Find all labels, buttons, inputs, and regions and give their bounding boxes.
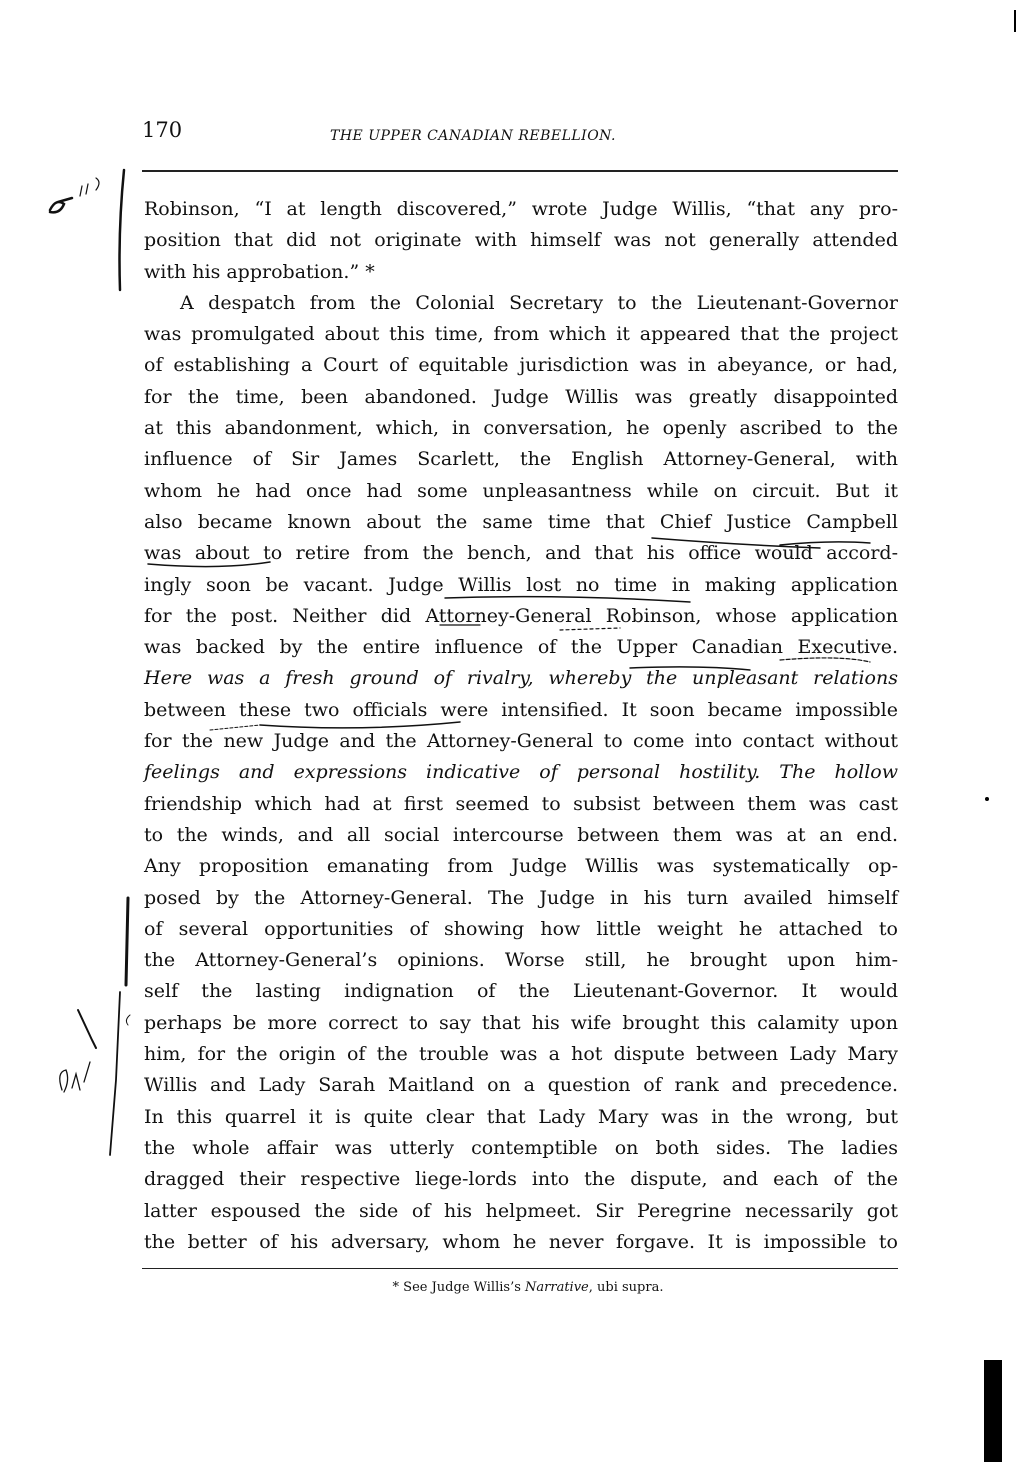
text-line: whom he had once had some unpleasantness… [144,476,898,507]
text-line: posed by the Attorney-General. The Judge… [144,883,898,914]
text-line: self the lasting indignation of the Lieu… [144,976,898,1007]
footnote: * See Judge Willis’s Narrative, ubi supr… [0,1280,1016,1295]
scan-edge-mark [984,1360,1002,1462]
text-line: also became known about the same time th… [144,507,898,538]
text-line: at this abandonment, which, in conversat… [144,413,898,444]
text-line: friendship which had at first seemed to … [144,789,898,820]
text-line: to the winds, and all social intercourse… [144,820,898,851]
text-line: was about to retire from the bench, and … [144,538,898,569]
text-line: Willis and Lady Sarah Maitland on a ques… [144,1070,898,1101]
text-line: Here was a fresh ground of rivalry, wher… [144,663,898,694]
page-number: 170 [142,118,182,142]
text-line: for the time, been abandoned. Judge Will… [144,382,898,413]
body-text: Robinson, “I at length discovered,” wrot… [144,194,898,1258]
text-line: perhaps be more correct to say that his … [144,1008,898,1039]
footnote-italic: Narrative [525,1280,589,1295]
text-line: was promulgated about this time, from wh… [144,319,898,350]
text-line: feelings and expressions indicative of p… [144,757,898,788]
text-line: him, for the origin of the trouble was a… [144,1039,898,1070]
running-title: THE UPPER CANADIAN REBELLION. [330,128,616,144]
text-line: In this quarrel it is quite clear that L… [144,1102,898,1133]
text-line: the better of his adversary, whom he nev… [144,1227,898,1258]
text-line: Any proposition emanating from Judge Wil… [144,851,898,882]
scan-speck [985,797,989,801]
text-line: between these two officials were intensi… [144,695,898,726]
footnote-rule [142,1268,898,1269]
text-line: ingly soon be vacant. Judge Willis lost … [144,570,898,601]
text-line: of establishing a Court of equitable jur… [144,350,898,381]
footnote-rest: , ubi supra. [589,1280,664,1295]
text-line: was backed by the entire influence of th… [144,632,898,663]
header-rule [142,170,898,172]
text-line: with his approbation.” * [144,257,898,288]
text-line: A despatch from the Colonial Secretary t… [144,288,898,319]
text-line: latter espoused the side of his helpmeet… [144,1196,898,1227]
text-line: of several opportunities of showing how … [144,914,898,945]
text-line: the whole affair was utterly contemptibl… [144,1133,898,1164]
text-line: influence of Sir James Scarlett, the Eng… [144,444,898,475]
footnote-marker: * See Judge Willis’s [393,1280,525,1295]
text-line: the Attorney-General’s opinions. Worse s… [144,945,898,976]
text-line: Robinson, “I at length discovered,” wrot… [144,194,898,225]
text-line: position that did not originate with him… [144,225,898,256]
text-line: dragged their respective liege-lords int… [144,1164,898,1195]
text-line: for the post. Neither did Attorney-Gener… [144,601,898,632]
text-line: for the new Judge and the Attorney-Gener… [144,726,898,757]
